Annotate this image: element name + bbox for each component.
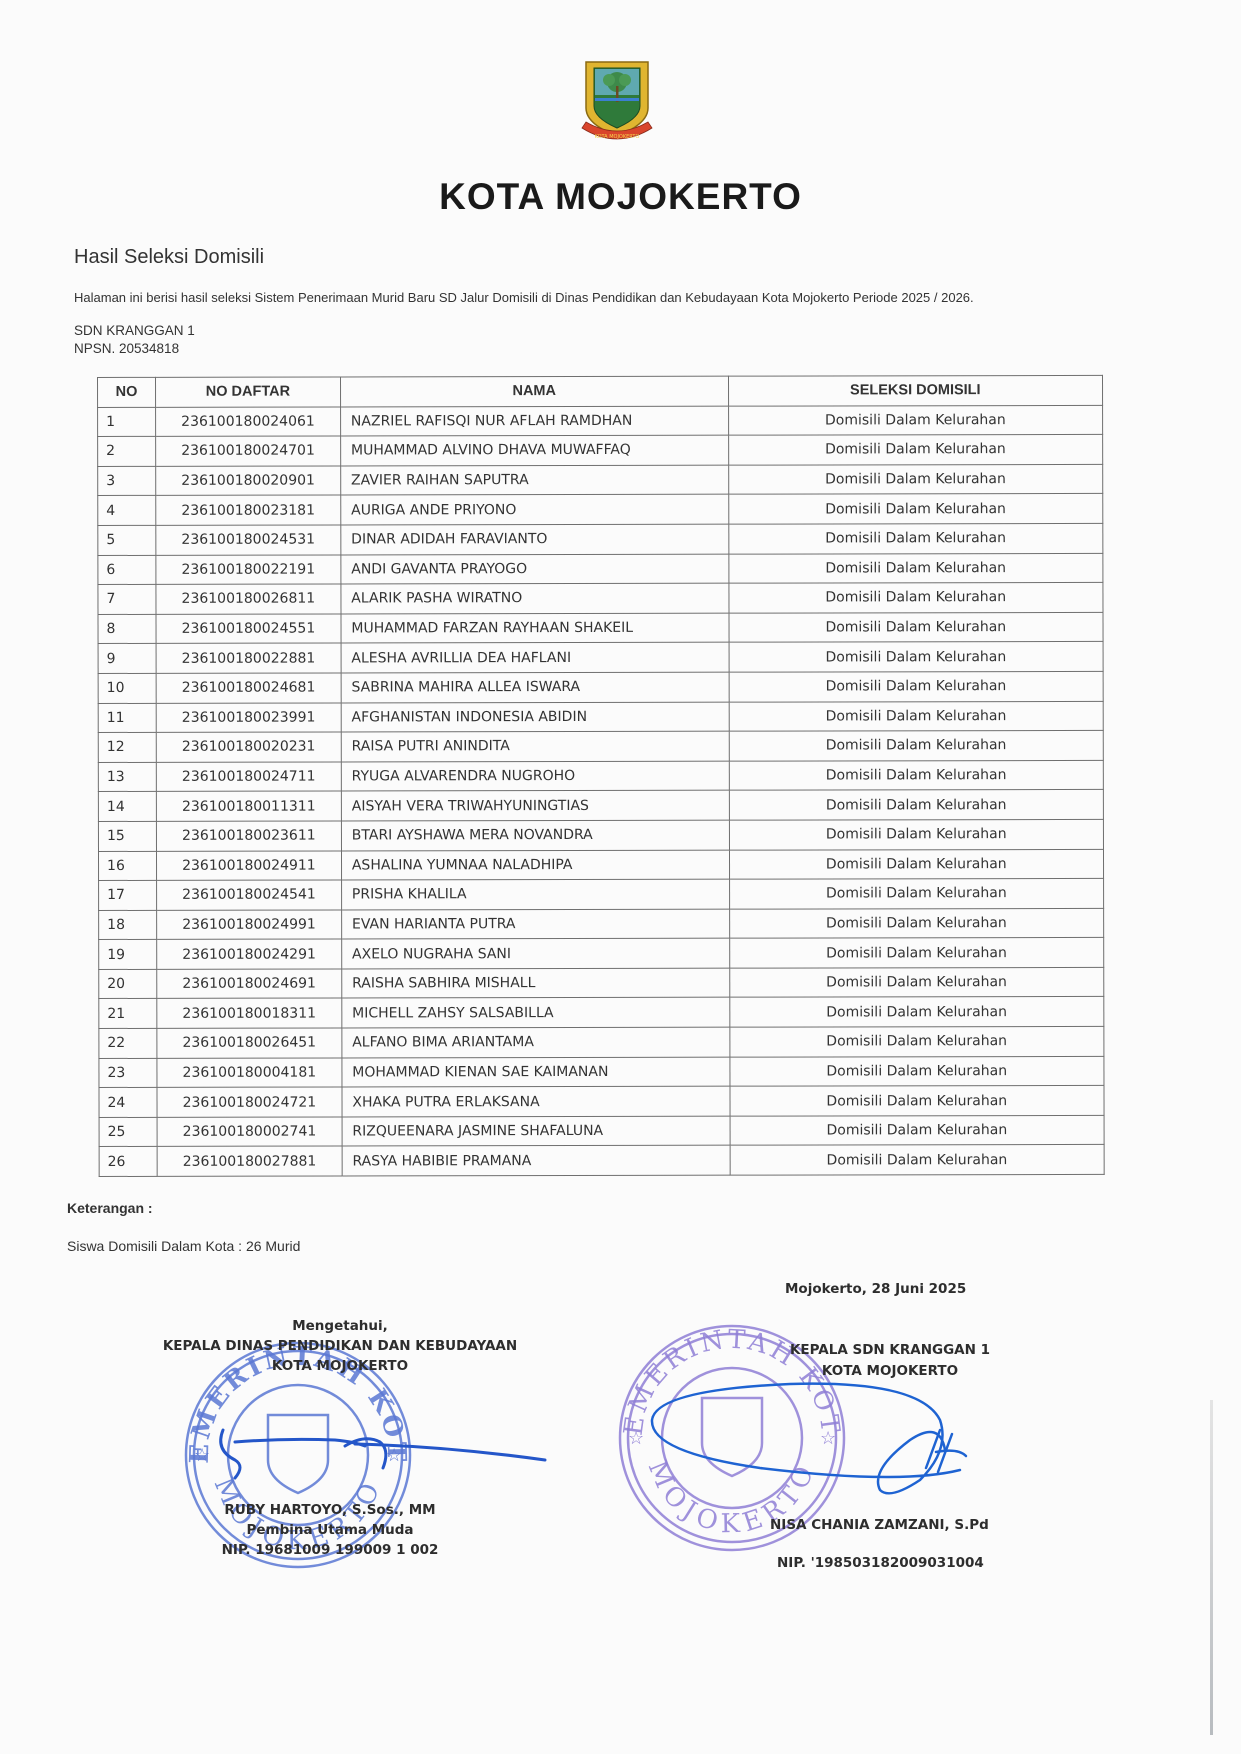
svg-text:PEMERINTAH KOTA: PEMERINTAH KOTA xyxy=(178,1335,411,1464)
row-number: 17 xyxy=(99,880,157,910)
selection-result: Domisili Dalam Kelurahan xyxy=(729,671,1104,701)
city-title: KOTA MOJOKERTO xyxy=(0,176,1241,218)
row-number: 19 xyxy=(99,940,157,970)
row-number: 13 xyxy=(98,762,156,792)
student-name: RAISHA SABHIRA MISHALL xyxy=(342,968,730,998)
selection-result: Domisili Dalam Kelurahan xyxy=(729,642,1104,672)
selection-result: Domisili Dalam Kelurahan xyxy=(730,1115,1105,1145)
student-name: RIZQUEENARA JASMINE SHAFALUNA xyxy=(342,1116,730,1146)
student-name: BTARI AYSHAWA MERA NOVANDRA xyxy=(341,820,729,850)
left-signer-position: KEPALA DINAS PENDIDIKAN DAN KEBUDAYAAN xyxy=(160,1338,520,1354)
table-row: 2236100180024701MUHAMMAD ALVINO DHAVA MU… xyxy=(98,435,1103,467)
right-signer-position: KEPALA SDN KRANGGAN 1 xyxy=(770,1342,1010,1358)
registration-number: 236100180018311 xyxy=(157,998,342,1028)
registration-number: 236100180026451 xyxy=(157,1028,342,1058)
table-row: 26236100180027881RASYA HABIBIE PRAMANADo… xyxy=(99,1145,1104,1177)
registration-number: 236100180024701 xyxy=(156,436,341,466)
column-header-no-daftar: NO DAFTAR xyxy=(155,377,340,407)
row-number: 26 xyxy=(99,1147,157,1177)
page-description: Halaman ini berisi hasil seleksi Sistem … xyxy=(74,290,974,305)
selection-result: Domisili Dalam Kelurahan xyxy=(729,612,1104,642)
registration-number: 236100180022191 xyxy=(156,555,341,585)
school-npsn: NPSN. 20534818 xyxy=(74,341,179,356)
student-name: DINAR ADIDAH FARAVIANTO xyxy=(341,524,729,554)
student-name: ALARIK PASHA WIRATNO xyxy=(341,583,729,613)
student-name: PRISHA KHALILA xyxy=(341,879,729,909)
selection-result: Domisili Dalam Kelurahan xyxy=(728,553,1103,583)
registration-number: 236100180026811 xyxy=(156,584,341,614)
registration-number: 236100180023181 xyxy=(156,495,341,525)
row-number: 22 xyxy=(99,1028,157,1058)
student-name: RASYA HABIBIE PRAMANA xyxy=(342,1146,730,1176)
student-name: MOHAMMAD KIENAN SAE KAIMANAN xyxy=(342,1057,730,1087)
registration-number: 236100180024721 xyxy=(157,1087,342,1117)
table-row: 17236100180024541PRISHA KHALILADomisili … xyxy=(99,878,1104,910)
row-number: 8 xyxy=(98,614,156,644)
row-number: 20 xyxy=(99,969,157,999)
student-name: RAISA PUTRI ANINDITA xyxy=(341,731,729,761)
table-row: 12236100180020231RAISA PUTRI ANINDITADom… xyxy=(98,731,1103,763)
row-number: 4 xyxy=(98,496,156,526)
row-number: 7 xyxy=(98,585,156,615)
left-signer-city: KOTA MOJOKERTO xyxy=(160,1358,520,1374)
selection-result: Domisili Dalam Kelurahan xyxy=(728,405,1103,435)
table-row: 15236100180023611BTARI AYSHAWA MERA NOVA… xyxy=(98,819,1103,851)
selection-result: Domisili Dalam Kelurahan xyxy=(729,819,1104,849)
table-row: 11236100180023991AFGHANISTAN INDONESIA A… xyxy=(98,701,1103,733)
table-row: 20236100180024691RAISHA SABHIRA MISHALLD… xyxy=(99,967,1104,999)
student-name: ANDI GAVANTA PRAYOGO xyxy=(341,554,729,584)
registration-number: 236100180020231 xyxy=(156,732,341,762)
selection-result: Domisili Dalam Kelurahan xyxy=(728,464,1103,494)
svg-text:KOTA MOJOKERTO: KOTA MOJOKERTO xyxy=(595,134,640,140)
left-acknowledged-label: Mengetahui, xyxy=(160,1318,520,1334)
selection-result: Domisili Dalam Kelurahan xyxy=(729,790,1104,820)
table-row: 6236100180022191ANDI GAVANTA PRAYOGODomi… xyxy=(98,553,1103,585)
registration-number: 236100180024681 xyxy=(156,673,341,703)
left-signer-rank: Pembina Utama Muda xyxy=(180,1522,480,1538)
registration-number: 236100180027881 xyxy=(157,1146,342,1176)
page-heading: Hasil Seleksi Domisili xyxy=(74,246,264,269)
row-number: 10 xyxy=(98,673,156,703)
table-row: 13236100180024711RYUGA ALVARENDRA NUGROH… xyxy=(98,760,1103,792)
selection-result: Domisili Dalam Kelurahan xyxy=(729,760,1104,790)
table-row: 14236100180011311AISYAH VERA TRIWAHYUNIN… xyxy=(98,790,1103,822)
registration-number: 236100180024061 xyxy=(156,407,341,437)
row-number: 18 xyxy=(99,910,157,940)
registration-number: 236100180002741 xyxy=(157,1117,342,1147)
registration-number: 236100180024691 xyxy=(157,969,342,999)
row-number: 25 xyxy=(99,1117,157,1147)
right-signer-city: KOTA MOJOKERTO xyxy=(770,1363,1010,1379)
table-row: 16236100180024911ASHALINA YUMNAA NALADHI… xyxy=(98,849,1103,881)
student-name: AISYAH VERA TRIWAHYUNINGTIAS xyxy=(341,790,729,820)
kota-mojokerto-coat-of-arms-icon: KOTA MOJOKERTO xyxy=(578,58,656,146)
registration-number: 236100180024551 xyxy=(156,614,341,644)
student-name: NAZRIEL RAFISQI NUR AFLAH RAMDHAN xyxy=(340,406,728,436)
table-row: 5236100180024531DINAR ADIDAH FARAVIANTOD… xyxy=(98,523,1103,555)
row-number: 11 xyxy=(98,703,156,733)
table-row: 9236100180022881ALESHA AVRILLIA DEA HAFL… xyxy=(98,642,1103,674)
student-name: AURIGA ANDE PRIYONO xyxy=(341,495,729,525)
scan-edge-line xyxy=(1210,1400,1213,1735)
school-name: SDN KRANGGAN 1 xyxy=(74,323,195,338)
table-header-row: NO NO DAFTAR NAMA SELEKSI DOMISILI xyxy=(98,375,1103,407)
notes-summary: Siswa Domisili Dalam Kota : 26 Murid xyxy=(67,1238,300,1254)
registration-number: 236100180022881 xyxy=(156,643,341,673)
selection-result: Domisili Dalam Kelurahan xyxy=(728,494,1103,524)
registration-number: 236100180023991 xyxy=(156,703,341,733)
student-name: ZAVIER RAIHAN SAPUTRA xyxy=(341,465,729,495)
student-name: RYUGA ALVARENDRA NUGROHO xyxy=(341,761,729,791)
table-row: 19236100180024291AXELO NUGRAHA SANIDomis… xyxy=(99,938,1104,970)
svg-text:☆: ☆ xyxy=(820,1428,836,1448)
selection-result: Domisili Dalam Kelurahan xyxy=(729,938,1104,968)
student-name: MUHAMMAD FARZAN RAYHAAN SHAKEIL xyxy=(341,613,729,643)
column-header-no: NO xyxy=(98,377,156,407)
student-name: AXELO NUGRAHA SANI xyxy=(342,938,730,968)
selection-result: Domisili Dalam Kelurahan xyxy=(729,849,1104,879)
table-row: 10236100180024681SABRINA MAHIRA ALLEA IS… xyxy=(98,671,1103,703)
selection-result: Domisili Dalam Kelurahan xyxy=(730,1086,1105,1116)
student-name: MUHAMMAD ALVINO DHAVA MUWAFFAQ xyxy=(340,435,728,465)
table-row: 3236100180020901ZAVIER RAIHAN SAPUTRADom… xyxy=(98,464,1103,496)
right-signer-name: NISA CHANIA ZAMZANI, S.Pd xyxy=(770,1517,989,1533)
selection-result: Domisili Dalam Kelurahan xyxy=(728,583,1103,613)
row-number: 21 xyxy=(99,999,157,1029)
table-row: 18236100180024991EVAN HARIANTA PUTRADomi… xyxy=(99,908,1104,940)
student-name: ALESHA AVRILLIA DEA HAFLANI xyxy=(341,643,729,673)
selection-result: Domisili Dalam Kelurahan xyxy=(729,967,1104,997)
registration-number: 236100180024531 xyxy=(156,525,341,555)
row-number: 15 xyxy=(98,821,156,851)
registration-number: 236100180023611 xyxy=(156,821,341,851)
selection-result: Domisili Dalam Kelurahan xyxy=(728,435,1103,465)
row-number: 16 xyxy=(98,851,156,881)
table-row: 7236100180026811ALARIK PASHA WIRATNODomi… xyxy=(98,583,1103,615)
row-number: 23 xyxy=(99,1058,157,1088)
selection-result: Domisili Dalam Kelurahan xyxy=(728,523,1103,553)
selection-result: Domisili Dalam Kelurahan xyxy=(729,701,1104,731)
table-row: 23236100180004181MOHAMMAD KIENAN SAE KAI… xyxy=(99,1056,1104,1088)
right-place-date: Mojokerto, 28 Juni 2025 xyxy=(785,1281,966,1297)
selection-result: Domisili Dalam Kelurahan xyxy=(729,1026,1104,1056)
row-number: 24 xyxy=(99,1088,157,1118)
registration-number: 236100180024711 xyxy=(156,762,341,792)
selection-result: Domisili Dalam Kelurahan xyxy=(729,908,1104,938)
left-signer-name: RUBY HARTOYO, S.Sos., MM xyxy=(180,1502,480,1518)
row-number: 3 xyxy=(98,466,156,496)
table-row: 8236100180024551MUHAMMAD FARZAN RAYHAAN … xyxy=(98,612,1103,644)
registration-number: 236100180024291 xyxy=(157,939,342,969)
student-name: AFGHANISTAN INDONESIA ABIDIN xyxy=(341,702,729,732)
table-row: 4236100180023181AURIGA ANDE PRIYONODomis… xyxy=(98,494,1103,526)
student-name: EVAN HARIANTA PUTRA xyxy=(341,909,729,939)
registration-number: 236100180004181 xyxy=(157,1058,342,1088)
selection-results-table: NO NO DAFTAR NAMA SELEKSI DOMISILI 12361… xyxy=(97,375,1105,1177)
selection-result: Domisili Dalam Kelurahan xyxy=(729,1056,1104,1086)
row-number: 14 xyxy=(98,792,156,822)
table-row: 22236100180026451ALFANO BIMA ARIANTAMADo… xyxy=(99,1026,1104,1058)
student-name: MICHELL ZAHSY SALSABILLA xyxy=(342,998,730,1028)
table-row: 21236100180018311MICHELL ZAHSY SALSABILL… xyxy=(99,997,1104,1029)
svg-text:☆: ☆ xyxy=(386,1445,402,1465)
row-number: 12 xyxy=(98,733,156,763)
svg-text:☆: ☆ xyxy=(628,1428,644,1448)
table-body: 1236100180024061NAZRIEL RAFISQI NUR AFLA… xyxy=(98,405,1105,1177)
table-row: 25236100180002741RIZQUEENARA JASMINE SHA… xyxy=(99,1115,1104,1147)
notes-label: Keterangan : xyxy=(67,1200,153,1216)
selection-result: Domisili Dalam Kelurahan xyxy=(729,997,1104,1027)
right-signer-nip: NIP. '198503182009031004 xyxy=(777,1555,984,1571)
column-header-seleksi-domisili: SELEKSI DOMISILI xyxy=(728,375,1103,405)
table-row: 1236100180024061NAZRIEL RAFISQI NUR AFLA… xyxy=(98,405,1103,437)
selection-result: Domisili Dalam Kelurahan xyxy=(730,1145,1105,1175)
row-number: 9 xyxy=(98,644,156,674)
student-name: ALFANO BIMA ARIANTAMA xyxy=(342,1027,730,1057)
table-row: 24236100180024721XHAKA PUTRA ERLAKSANADo… xyxy=(99,1086,1104,1118)
row-number: 1 xyxy=(98,407,156,437)
selection-result: Domisili Dalam Kelurahan xyxy=(729,731,1104,761)
registration-number: 236100180011311 xyxy=(156,791,341,821)
selection-result: Domisili Dalam Kelurahan xyxy=(729,878,1104,908)
registration-number: 236100180024541 xyxy=(156,880,341,910)
student-name: ASHALINA YUMNAA NALADHIPA xyxy=(341,850,729,880)
registration-number: 236100180024991 xyxy=(157,910,342,940)
row-number: 2 xyxy=(98,437,156,467)
registration-number: 236100180020901 xyxy=(156,466,341,496)
row-number: 5 xyxy=(98,525,156,555)
column-header-nama: NAMA xyxy=(340,376,728,406)
left-signer-nip: NIP. 19681009 199009 1 002 xyxy=(180,1542,480,1558)
student-name: XHAKA PUTRA ERLAKSANA xyxy=(342,1086,730,1116)
student-name: SABRINA MAHIRA ALLEA ISWARA xyxy=(341,672,729,702)
registration-number: 236100180024911 xyxy=(156,850,341,880)
svg-text:☆: ☆ xyxy=(194,1445,210,1465)
row-number: 6 xyxy=(98,555,156,585)
